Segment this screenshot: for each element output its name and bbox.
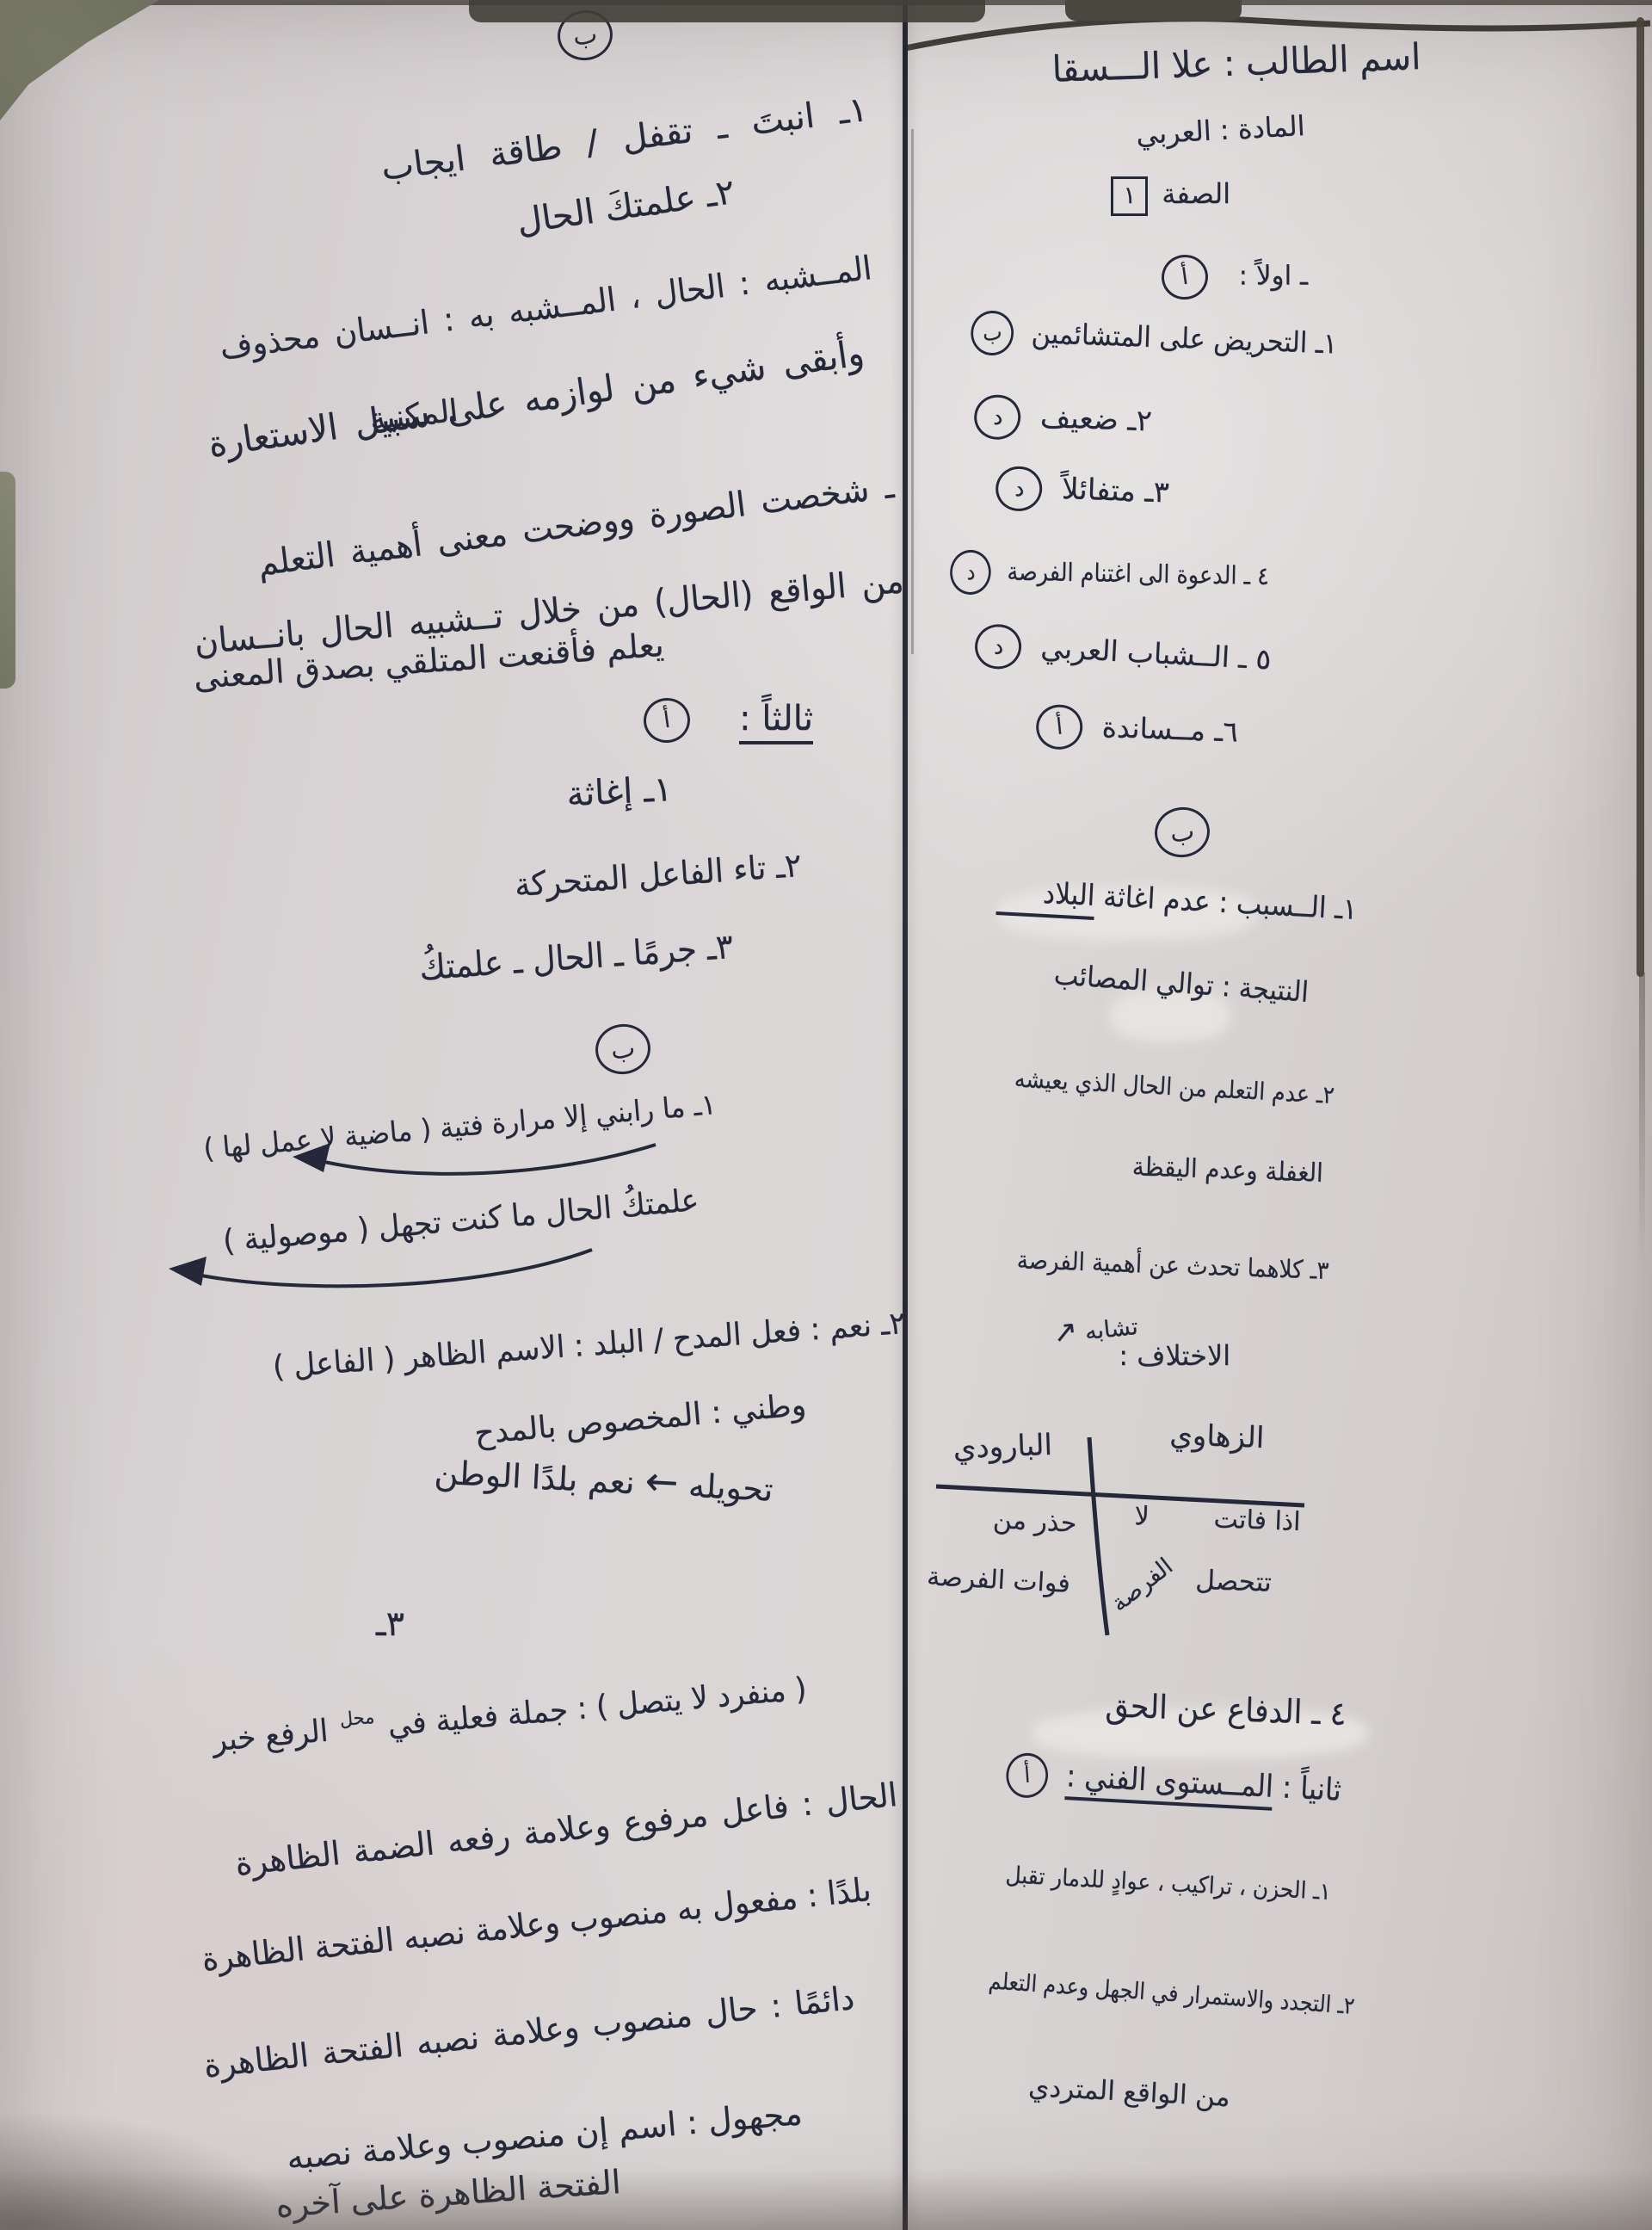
item-number: ٣ـ	[376, 1603, 404, 1646]
third-section-heading: ثالثاً : أ	[644, 697, 813, 743]
answer-line: ١ـ الحزن ، تراكيب ، عوادٍ للدمار تقبل	[1005, 1861, 1332, 1907]
photo-corner-background	[0, 0, 159, 120]
subject-line: المادة : العربي	[1135, 108, 1305, 151]
answer-line: وطني : المخصوص بالمدح	[473, 1386, 808, 1454]
second-section-heading: ثانياً : المــستوى الفني : أ	[1005, 1752, 1342, 1814]
answer-line: ١ـ انبتَ ـ تقفل / طاقة ايجاب	[379, 88, 871, 190]
answer-line: ٣ـ جرمًا ـ الحال ـ علمتكُ	[418, 925, 735, 990]
answer-line: ٢ـ تاء الفاعل المتحركة	[514, 845, 804, 906]
answer-text: ٦ـ مــساندة	[1101, 710, 1238, 748]
comparison-table-horizontal-rule	[936, 1486, 1304, 1505]
transformation-word: تحويله	[677, 1466, 774, 1509]
parsing-line: بلدًا : مفعول به منصوب وعلامة نصبه الفتح…	[200, 1869, 873, 1980]
choice-circle: د	[972, 622, 1022, 671]
photo-background-patch	[1065, 0, 1242, 21]
answer-item: ٤ ـ الدعوة الى اغتنام الفرصة د	[949, 550, 1269, 600]
page-number-line: الصفة١	[1111, 176, 1230, 216]
grammar-note-line: ( منفرد لا يتصل ) : جملة فعلية في محل ال…	[211, 1670, 808, 1760]
table-header-zahawi: الزهاوي	[1169, 1417, 1265, 1456]
photo-right-edge-fade	[1639, 973, 1645, 1265]
handwritten-answer-sheet-photo: اسم الطالب : علا الـــسقا المادة : العرب…	[0, 0, 1652, 2230]
table-cell-zahawi: اذا فاتت لا	[1134, 1500, 1301, 1538]
page-fold-divider-line	[903, 0, 908, 2230]
photo-bottom-shadow	[0, 2170, 1652, 2230]
answer-line: ٢ـ التجدد والاستمرار في الجهل وعدم التعل…	[987, 1967, 1355, 2021]
curved-arrow-head-icon	[169, 1257, 206, 1286]
choice-circle: أ	[1158, 251, 1211, 302]
answer-text: ٣ـ متفائلاً	[1062, 472, 1170, 510]
answer-item: ٣ـ متفائلاً د	[996, 466, 1170, 516]
answer-text: ٤ ـ الدعوة الى اغتنام الفرصة	[1007, 557, 1269, 590]
underlined-heading: المــستوى الفني :	[1065, 1758, 1274, 1811]
table-header-baroudi: البارودي	[952, 1427, 1052, 1467]
choice-circle: ب	[969, 308, 1015, 357]
answer-line: ٢ـ عدم التعلم من الحال الذي يعيشه	[1014, 1064, 1335, 1110]
choice-circle: د	[994, 464, 1045, 513]
answer-line: ٢ـ نعم : فعل المدح / البلد : الاسم الظاه…	[271, 1304, 906, 1387]
answer-line: علمتكُ الحال ما كنت تجهل ( موصولية )	[221, 1181, 700, 1261]
answer-line: الغفلة وعدم اليقظة	[1131, 1151, 1323, 1189]
left-arrow-icon: ←	[644, 1457, 679, 1505]
section-b-marker-circle: ب	[592, 1021, 653, 1078]
answer-line: ١ـ ما رابني إلا مرارة فتية ( ماضية لا عم…	[202, 1086, 718, 1166]
answer-text: ٥ ـ الــشباب العربي	[1039, 630, 1272, 676]
answer-item: ٢ـ ضعيف د	[974, 394, 1153, 445]
choice-circle: د	[947, 547, 993, 597]
page-fold-secondary-line	[911, 129, 914, 654]
answer-line: من الواقع المتردي	[1027, 2071, 1230, 2115]
up-right-arrow-icon: ↗	[1051, 1313, 1080, 1350]
photo-right-edge-shadow	[1637, 17, 1644, 977]
page-number-box: ١	[1111, 176, 1148, 216]
cell-text: لا	[1134, 1501, 1150, 1532]
answer-line: ١ـ إغاثة	[565, 768, 673, 816]
table-cell-zahawi: تتحصل	[1194, 1564, 1272, 1600]
answer-item: ١ـ التحريض على المتشائمين ب	[971, 310, 1338, 368]
choice-circle: أ	[641, 695, 693, 745]
answer-item: ٥ ـ الــشباب العربي د	[973, 623, 1272, 683]
cell-text: اذا فاتت	[1213, 1504, 1301, 1536]
table-cell-baroudi: حذر من	[992, 1504, 1077, 1541]
table-cell-inserted-word: الفرصة	[1106, 1553, 1179, 1619]
transformation-line: تحويله ← نعم بلدًا الوطن	[434, 1445, 774, 1512]
comparison-table-vertical-rule	[1089, 1437, 1107, 1635]
student-name-line: اسم الطالب : علا الـــسقا	[1051, 34, 1421, 92]
table-cell-baroudi: فوات الفرصة	[927, 1560, 1071, 1600]
photo-left-background-strip	[0, 472, 15, 689]
note-text: الرفع خبر	[211, 1713, 338, 1759]
answer-line: ٣ـ كلاهما تحدث عن أهمية الفرصة	[1016, 1244, 1329, 1286]
difference-label: الاختلاف :	[1119, 1338, 1230, 1373]
answer-line: ٤ ـ الدفاع عن الحق	[1105, 1685, 1347, 1734]
transformation-result: نعم بلدًا الوطن	[434, 1453, 636, 1501]
parsing-line: الحال : فاعل مرفوع وعلامة رفعه الضمة الظ…	[233, 1775, 899, 1885]
inserted-word-above: محل	[338, 1707, 375, 1731]
answer-text: ١ـ التحريض على المتشائمين	[1031, 316, 1338, 360]
answer-text: ٢ـ ضعيف	[1040, 400, 1153, 439]
note-text: ( منفرد لا يتصل ) : جملة فعلية في	[377, 1671, 808, 1744]
first-section-heading-label: ـ اولاً :	[1239, 261, 1309, 292]
parsing-line: مجهول : اسم إن منصوب وعلامة نصبه	[285, 2093, 804, 2179]
third-heading-label: ثالثاً :	[739, 699, 813, 744]
choice-circle: د	[972, 392, 1023, 442]
page-label: الصفة	[1162, 177, 1230, 210]
choice-circle: أ	[1034, 702, 1085, 751]
section-b-marker-circle: ب	[1151, 804, 1212, 861]
parsing-line: دائمًا : حال منصوب وعلامة نصبه الفتحة ال…	[202, 1978, 856, 2087]
choice-circle: أ	[1005, 1751, 1050, 1800]
second-heading-label: ثانياً :	[1273, 1770, 1342, 1808]
photo-background-patch	[469, 0, 985, 22]
first-section-heading: ـ اولاً : أ	[1162, 255, 1308, 300]
answer-item: ٦ـ مــساندة أ	[1036, 704, 1239, 756]
answer-line: ٢ـ علمتكَ الحال	[514, 170, 737, 244]
underlined-word: البلاد	[996, 874, 1095, 920]
